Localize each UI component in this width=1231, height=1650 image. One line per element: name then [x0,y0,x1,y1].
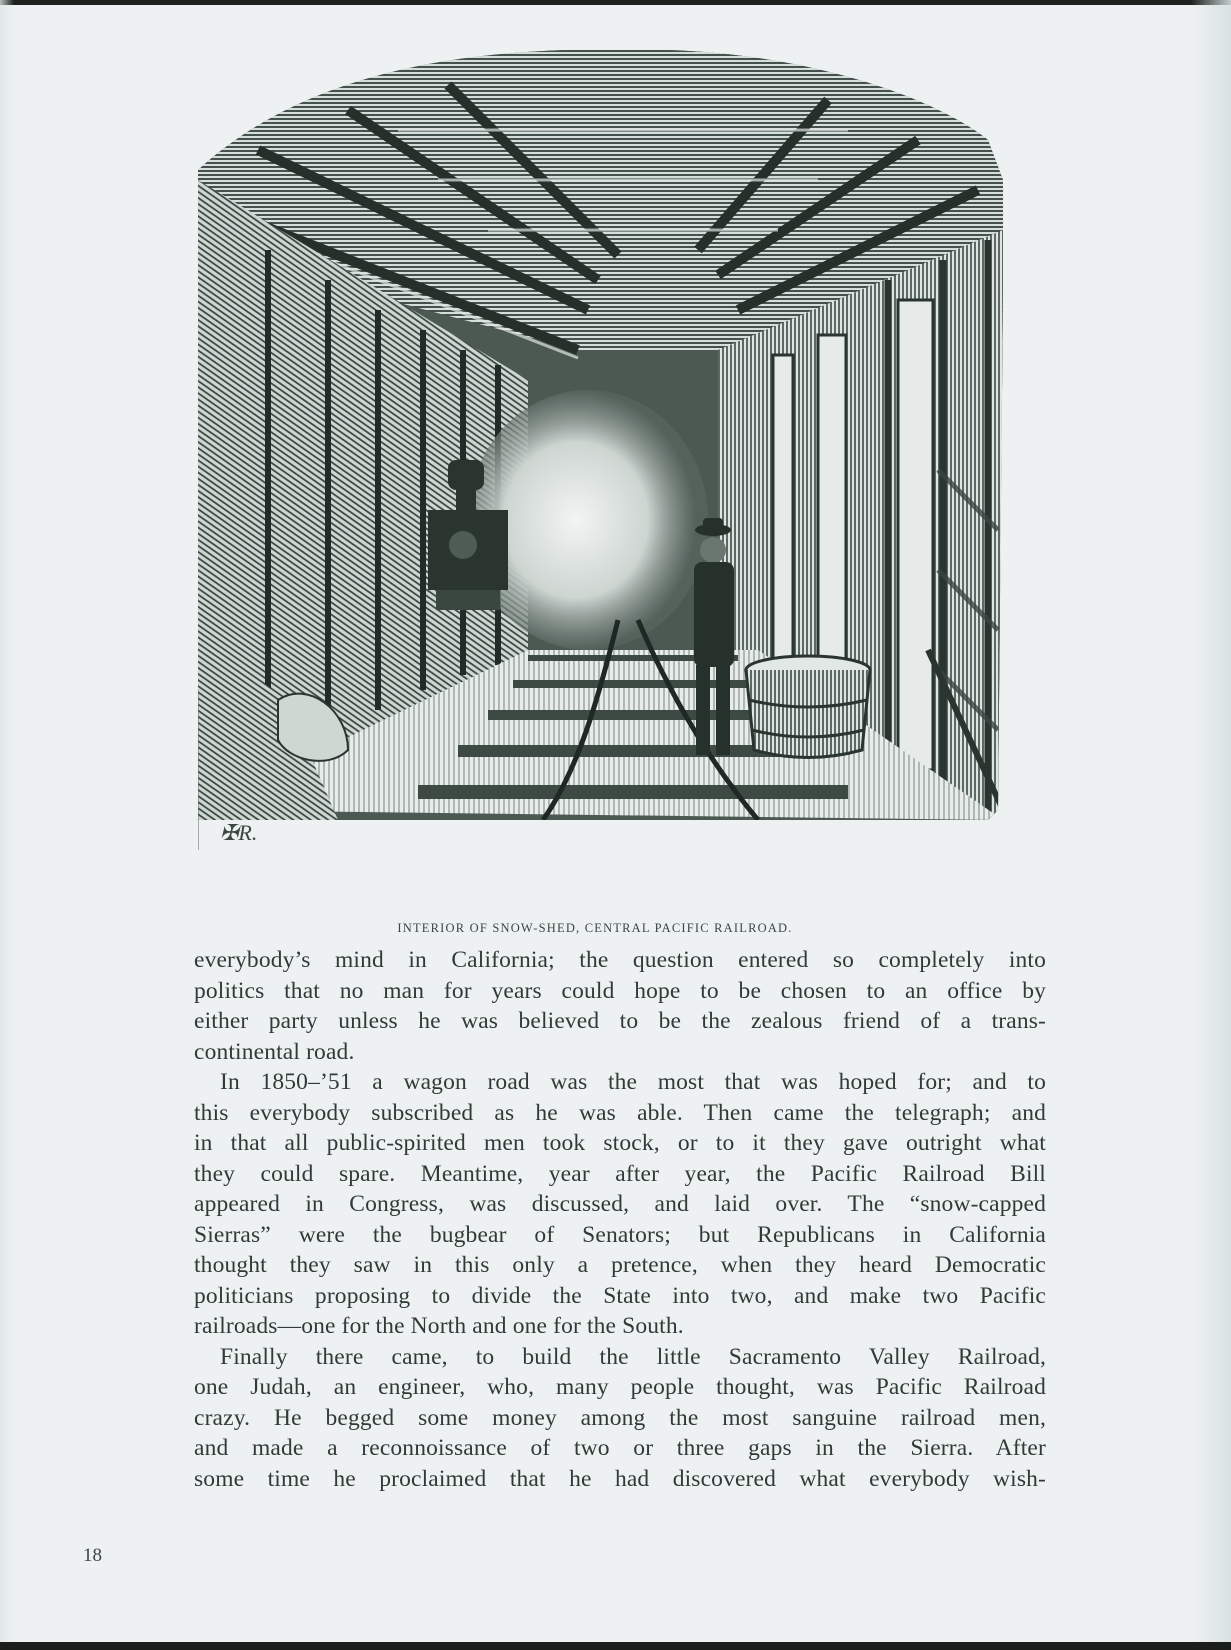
paragraph-3: Finally there came, to build the little … [194,1342,1046,1495]
page-number: 18 [83,1545,102,1567]
text-line: politicians proposing to divide the Stat… [194,1281,1046,1312]
text-line: they could spare. Meantime, year after y… [194,1159,1046,1190]
text-line: appeared in Congress, was discussed, and… [194,1189,1046,1220]
barrel [746,656,870,758]
text-line: one Judah, an engineer, who, many people… [194,1372,1046,1403]
text-line: railroads—one for the North and one for … [194,1311,1046,1342]
text-line: some time he proclaimed that he had disc… [194,1464,1046,1495]
paragraph-1: everybody’s mind in California; the ques… [194,945,1046,1067]
svg-text:✠R.: ✠R. [220,820,257,845]
text-line: and made a reconnoissance of two or thre… [194,1433,1046,1464]
text-line: politics that no man for years could hop… [194,976,1046,1007]
text-line: Finally there came, to build the little … [194,1342,1046,1373]
text-line: in that all public-spirited men took sto… [194,1128,1046,1159]
paragraph-2: In 1850–’51 a wagon road was the most th… [194,1067,1046,1342]
text-line: Sierras” were the bugbear of Senators; b… [194,1220,1046,1251]
text-line: thought they saw in this only a pretence… [194,1250,1046,1281]
scan-top-edge [0,0,1231,5]
text-line: crazy. He begged some money among the mo… [194,1403,1046,1434]
text-line: continental road. [194,1037,1046,1068]
scan-left-shade [0,0,14,1642]
engraving-illustration: ✠R. [198,50,1056,910]
figure-caption: INTERIOR OF SNOW-SHED, CENTRAL PACIFIC R… [180,921,1010,936]
scan-right-shade [1191,0,1231,1642]
text-line: In 1850–’51 a wagon road was the most th… [194,1067,1046,1098]
text-line: this everybody subscribed as he was able… [194,1098,1046,1129]
body-text: everybody’s mind in California; the ques… [194,945,1046,1494]
text-line: either party unless he was believed to b… [194,1006,1046,1037]
scan-bottom-edge [0,1642,1231,1650]
text-line: everybody’s mind in California; the ques… [194,945,1046,976]
